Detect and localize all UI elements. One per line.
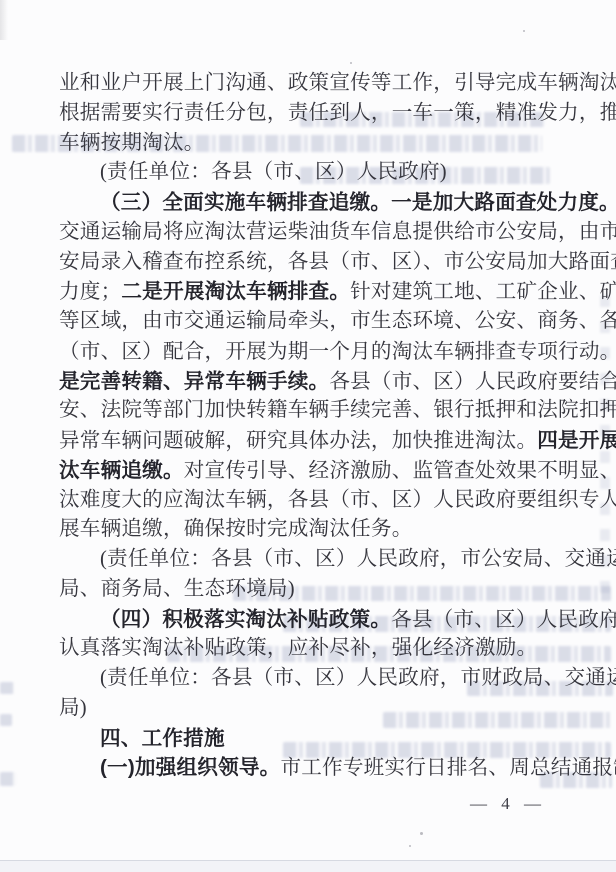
text-line-10: （市、区）配合，开展为期一个月的淘汰车辆排查专项行动。三 xyxy=(59,337,561,367)
bleed-through-mark xyxy=(0,714,12,726)
text-segment: 认真落实淘汰补贴政策，应补尽补，强化经济激励。 xyxy=(59,637,537,659)
text-line-2: 根据需要实行责任分包，责任到人，一车一策，精准发力，推动 xyxy=(59,99,561,129)
text-line-24: (一)加强组织领导。市工作专班实行日排名、周总结通报制 xyxy=(59,753,561,783)
document-page: 业和业户开展上门沟通、政策宣传等工作，引导完成车辆淘汰。根据需要实行责任分包，责… xyxy=(0,0,616,872)
text-segment: (责任单位：各县（市、区）人民政府，市财政局、交通运输 xyxy=(100,667,616,689)
text-line-1: 业和业户开展上门沟通、政策宣传等工作，引导完成车辆淘汰。 xyxy=(59,69,561,99)
bold-text-segment: （三）全面实施车辆排查追缴。一是加大路面查处力度。 xyxy=(100,191,616,214)
text-segment: 各县（市、区）人民政府要 xyxy=(391,609,616,631)
bleed-through-mark xyxy=(0,772,16,786)
bold-text-segment: 二是开展淘汰车辆排查。 xyxy=(121,280,350,303)
bold-text-segment: 汰车辆追缴。 xyxy=(59,459,184,482)
text-segment: 展车辆追缴，确保按时完成淘汰任务。 xyxy=(59,518,413,540)
text-segment: 等区域，由市交通运输局牵头，市生态环境、公安、商务、各县 xyxy=(59,310,616,332)
text-line-3: 车辆按期淘汰。 xyxy=(59,129,561,159)
scan-speck xyxy=(523,30,525,32)
text-line-19: （四）积极落实淘汰补贴政策。各县（市、区）人民政府要 xyxy=(59,605,561,635)
text-line-5: （三）全面实施车辆排查追缴。一是加大路面查处力度。市 xyxy=(59,188,561,218)
text-segment: 对宣传引导、经济激励、监管查处效果不明显、淘 xyxy=(184,460,616,482)
text-line-8: 力度；二是开展淘汰车辆排查。针对建筑工地、工矿企业、矿山 xyxy=(59,277,561,307)
text-line-15: 汰难度大的应淘汰车辆，各县（市、区）人民政府要组织专人开 xyxy=(59,486,561,516)
text-segment: 异常车辆问题破解，研究具体办法，加快推进淘汰。 xyxy=(59,430,537,452)
bold-text-segment: 四是开展淘 xyxy=(537,429,616,452)
bold-text-segment: （四）积极落实淘汰补贴政策。 xyxy=(100,608,391,631)
text-line-23: 四、工作措施 xyxy=(59,724,561,754)
text-segment: 交通运输局将应淘汰营运柴油货车信息提供给市公安局，由市公 xyxy=(59,221,616,243)
text-line-11: 是完善转籍、异常车辆手续。各县（市、区）人民政府要结合公 xyxy=(59,367,561,397)
text-segment: 各县（市、区）人民政府要结合公 xyxy=(329,371,616,393)
page-bottom-edge xyxy=(0,860,616,872)
text-segment: 车辆按期淘汰。 xyxy=(59,132,205,154)
text-line-20: 认真落实淘汰补贴政策，应补尽补，强化经济激励。 xyxy=(59,634,561,664)
text-line-6: 交通运输局将应淘汰营运柴油货车信息提供给市公安局，由市公 xyxy=(59,218,561,248)
bold-text-segment: (一)加强组织领导。 xyxy=(100,756,280,779)
scan-speck xyxy=(350,62,352,64)
text-line-4: (责任单位：各县（市、区）人民政府) xyxy=(59,158,561,188)
text-line-14: 汰车辆追缴。对宣传引导、经济激励、监管查处效果不明显、淘 xyxy=(59,456,561,486)
text-segment: (责任单位：各县（市、区）人民政府，市公安局、交通运输 xyxy=(100,548,616,570)
text-line-13: 异常车辆问题破解，研究具体办法，加快推进淘汰。四是开展淘 xyxy=(59,426,561,456)
text-line-7: 安局录入稽查布控系统，各县（市、区）、市公安局加大路面查处 xyxy=(59,248,561,278)
text-line-22: 局) xyxy=(59,694,561,724)
text-line-18: 局、商务局、生态环境局) xyxy=(59,575,561,605)
bleed-through-mark xyxy=(0,682,14,694)
scan-corner-shade xyxy=(0,0,8,40)
text-segment: 局) xyxy=(59,697,87,719)
text-segment: 根据需要实行责任分包，责任到人，一车一策，精准发力，推动 xyxy=(59,102,616,124)
scan-speck xyxy=(409,845,411,847)
text-segment: 局、商务局、生态环境局) xyxy=(59,578,295,600)
text-line-12: 安、法院等部门加快转籍车辆手续完善、银行抵押和法院扣押等 xyxy=(59,396,561,426)
text-segment: 安、法院等部门加快转籍车辆手续完善、银行抵押和法院扣押等 xyxy=(59,399,616,421)
text-segment: (责任单位：各县（市、区）人民政府) xyxy=(100,161,447,183)
bold-text-segment: 是完善转籍、异常车辆手续。 xyxy=(59,370,329,393)
text-segment: 业和业户开展上门沟通、政策宣传等工作，引导完成车辆淘汰。 xyxy=(59,72,616,94)
text-segment: 汰难度大的应淘汰车辆，各县（市、区）人民政府要组织专人开 xyxy=(59,489,616,511)
page-number: — 4 — xyxy=(470,794,546,814)
text-line-17: (责任单位：各县（市、区）人民政府，市公安局、交通运输 xyxy=(59,545,561,575)
text-line-9: 等区域，由市交通运输局牵头，市生态环境、公安、商务、各县 xyxy=(59,307,561,337)
text-segment: 安局录入稽查布控系统，各县（市、区）、市公安局加大路面查处 xyxy=(59,251,616,273)
text-line-16: 展车辆追缴，确保按时完成淘汰任务。 xyxy=(59,515,561,545)
text-segment: 针对建筑工地、工矿企业、矿山 xyxy=(350,281,616,303)
text-segment: （市、区）配合，开展为期一个月的淘汰车辆排查专项行动。 xyxy=(59,341,616,363)
bold-text-segment: 四、工作措施 xyxy=(100,727,225,750)
scan-speck xyxy=(420,832,423,835)
text-segment: 市工作专班实行日排名、周总结通报制 xyxy=(280,757,616,779)
text-line-21: (责任单位：各县（市、区）人民政府，市财政局、交通运输 xyxy=(59,664,561,694)
document-text: 业和业户开展上门沟通、政策宣传等工作，引导完成车辆淘汰。根据需要实行责任分包，责… xyxy=(59,69,561,783)
text-segment: 力度； xyxy=(59,281,121,303)
